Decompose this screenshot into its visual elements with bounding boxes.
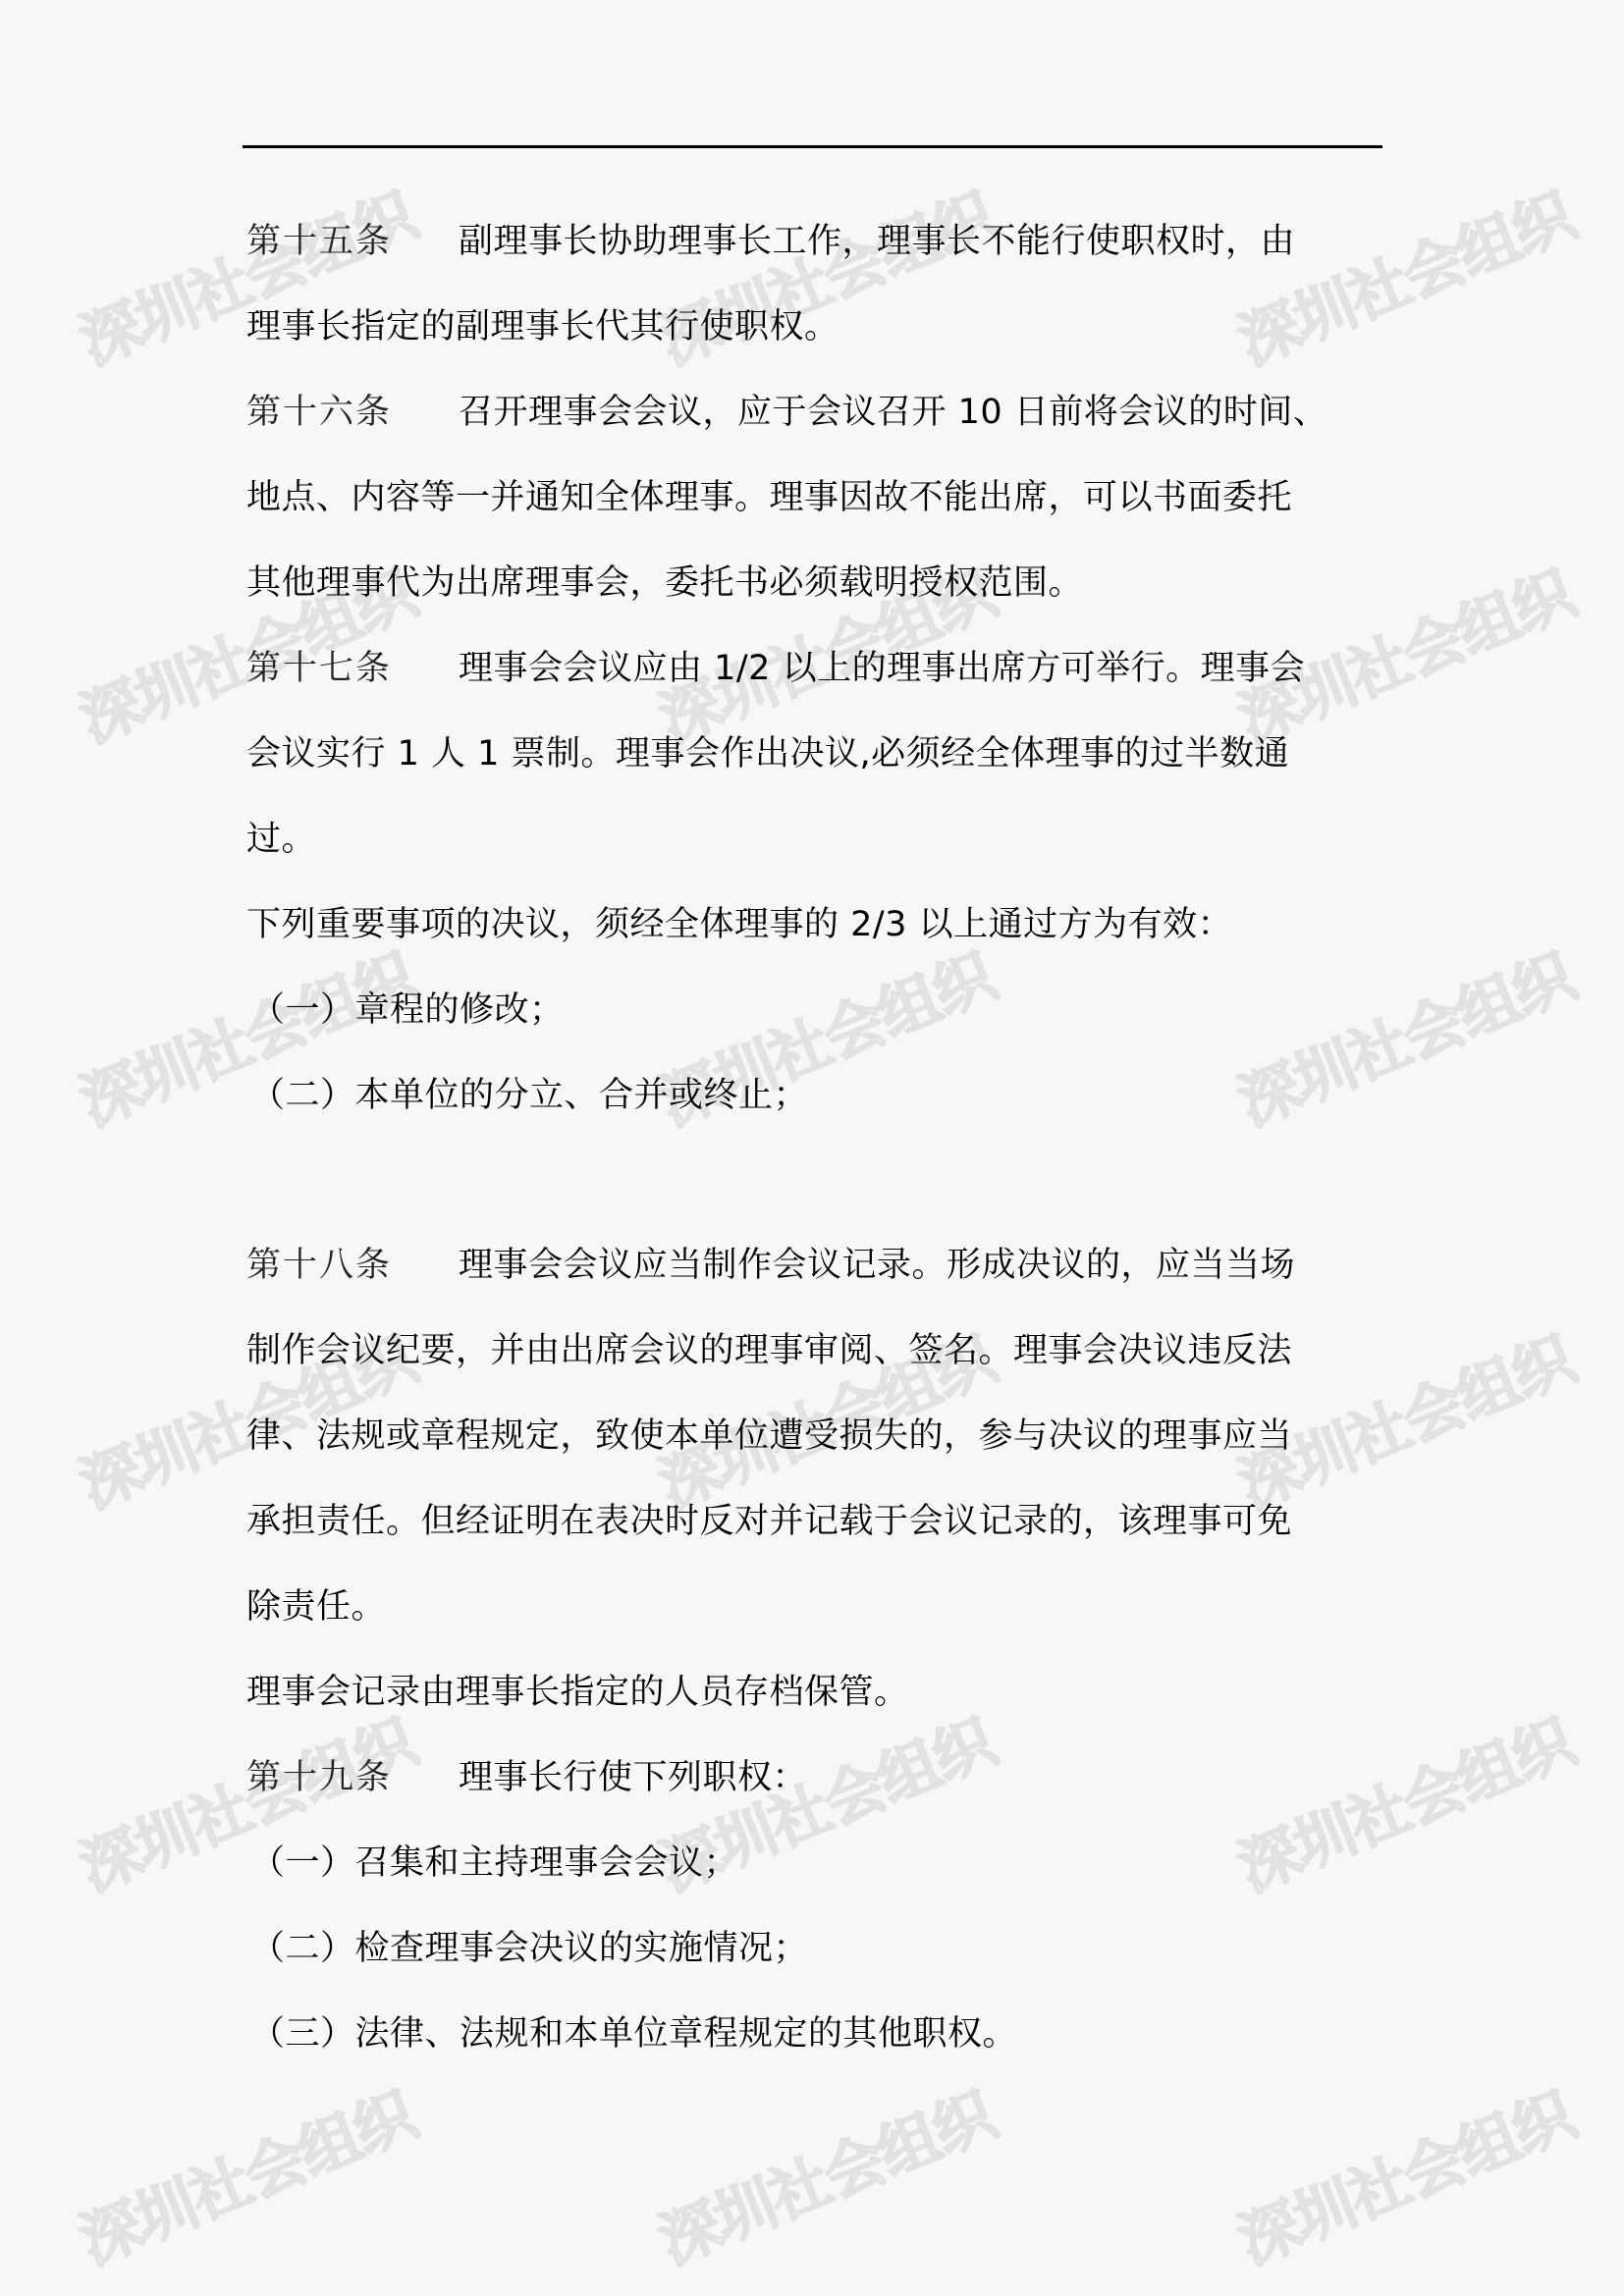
article-17-label: 第十七条 — [246, 639, 459, 698]
article-18-sub-paragraph: 理事会记录由理事长指定的人员存档保管。 — [246, 1663, 909, 1722]
article-15-line-2: 理事长指定的副理事长代其行使职权。 — [246, 297, 839, 356]
watermark-text: 深圳社会组织 — [1215, 2063, 1594, 2284]
article-15-line-1: 第十五条副理事长协助理事长工作，理事长不能行使职权时，由 — [246, 212, 1295, 271]
article-16-text: 召开理事会会议，应于会议召开 10 日前将会议的时间、 — [459, 383, 1327, 442]
article-18-line-2: 制作会议纪要，并由出席会议的理事审阅、签名。理事会决议违反法 — [246, 1321, 1292, 1380]
watermark-text: 深圳社会组织 — [1215, 164, 1594, 385]
article-17-line-2: 会议实行 1 人 1 票制。理事会作出决议,必须经全体理事的过半数通 — [246, 724, 1289, 783]
article-19-item-3: （三）法律、法规和本单位章程规定的其他职权。 — [246, 2004, 1017, 2063]
article-19-line-1: 第十九条理事长行使下列职权： — [246, 1748, 807, 1807]
article-19-text: 理事长行使下列职权： — [459, 1748, 807, 1807]
article-16-label: 第十六条 — [246, 383, 459, 442]
article-17-item-2: （二）本单位的分立、合并或终止； — [246, 1066, 808, 1125]
article-17-line-3: 过。 — [246, 810, 316, 869]
article-16-line-3: 其他理事代为出席理事会，委托书必须载明授权范围。 — [246, 554, 1083, 613]
article-16-line-2: 地点、内容等一并通知全体理事。理事因故不能出席，可以书面委托 — [246, 468, 1292, 527]
watermark-text: 深圳社会组织 — [1215, 1690, 1594, 1911]
article-16-line-1: 第十六条召开理事会会议，应于会议召开 10 日前将会议的时间、 — [246, 383, 1327, 442]
watermark-text: 深圳社会组织 — [56, 2063, 435, 2284]
article-18-text: 理事会会议应当制作会议记录。形成决议的，应当当场 — [459, 1236, 1295, 1295]
watermark-text: 深圳社会组织 — [1215, 925, 1594, 1146]
article-18-line-3: 律、法规或章程规定，致使本单位遭受损失的，参与决议的理事应当 — [246, 1407, 1292, 1466]
article-19-item-2: （二）检查理事会决议的实施情况； — [246, 1919, 808, 1978]
article-19-label: 第十九条 — [246, 1748, 459, 1807]
article-18-label: 第十八条 — [246, 1236, 459, 1295]
article-17-line-1: 第十七条理事会会议应由 1/2 以上的理事出席方可举行。理事会 — [246, 639, 1305, 698]
article-17-item-1: （一）章程的修改； — [246, 981, 565, 1040]
watermark-text: 深圳社会组织 — [635, 2063, 1014, 2284]
header-rule — [243, 145, 1382, 148]
article-17-sub-paragraph: 下列重要事项的决议，须经全体理事的 2/3 以上通过方为有效： — [246, 895, 1232, 954]
article-15-label: 第十五条 — [246, 212, 459, 271]
article-15-text: 副理事长协助理事长工作，理事长不能行使职权时，由 — [459, 212, 1295, 271]
article-19-item-1: （一）召集和主持理事会会议； — [246, 1834, 738, 1893]
article-17-text: 理事会会议应由 1/2 以上的理事出席方可举行。理事会 — [459, 639, 1305, 698]
article-18-line-4: 承担责任。但经证明在表决时反对并记载于会议记录的，该理事可免 — [246, 1492, 1292, 1551]
article-18-line-1: 第十八条理事会会议应当制作会议记录。形成决议的，应当当场 — [246, 1236, 1295, 1295]
article-18-line-5: 除责任。 — [246, 1577, 386, 1636]
